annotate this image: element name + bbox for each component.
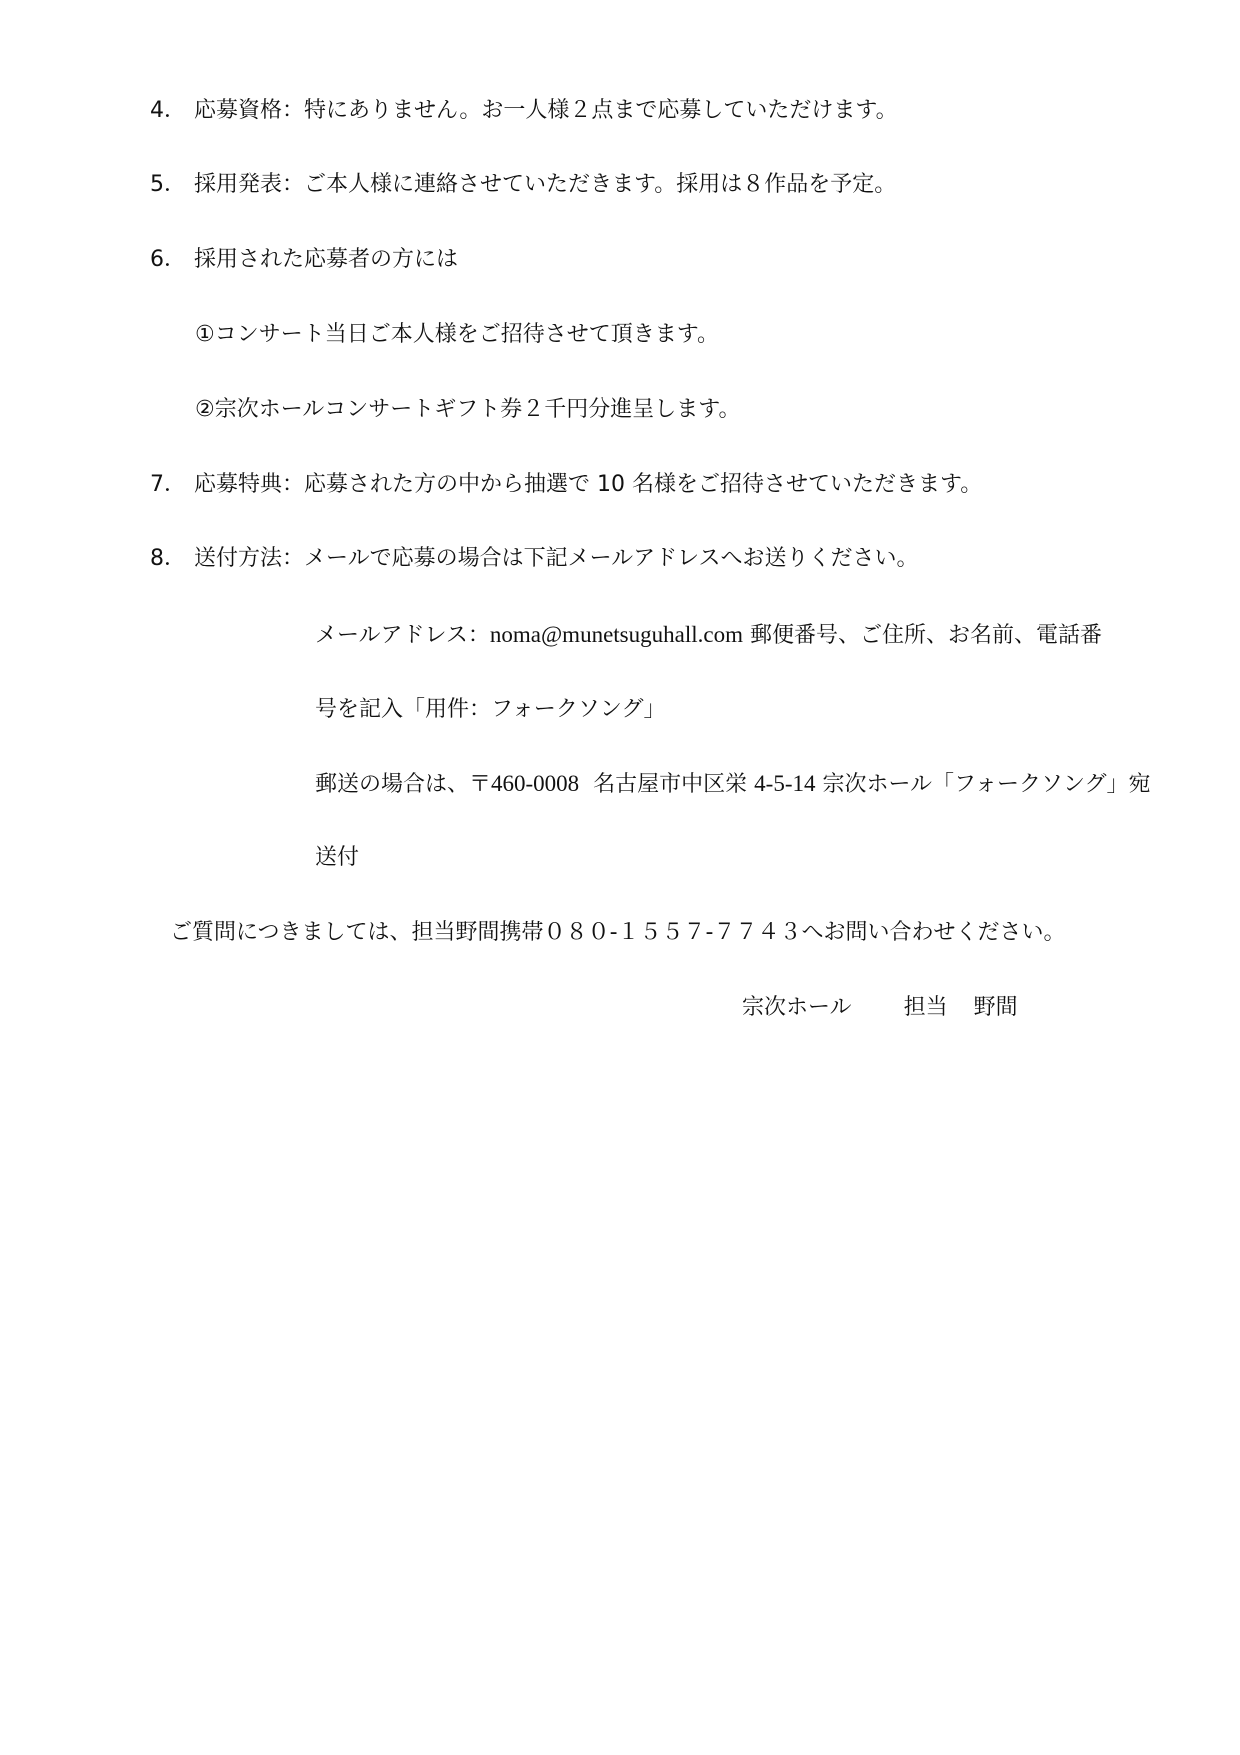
item-text: 特にありません。お一人様２点まで応募していただけます。 [304, 98, 898, 123]
document-page: 4．応募資格：特にありません。お一人様２点まで応募していただけます。 5．採用発… [0, 0, 1240, 1755]
item-6: 6．採用された応募者の方には [150, 245, 458, 275]
contact-suffix: へお問い合わせください。 [801, 920, 1065, 945]
item-text: ご本人様に連絡させていただきます。採用は８作品を予定。 [304, 172, 896, 197]
item-text: メールで応募の場合は下記メールアドレスへお送りください。 [304, 546, 918, 571]
benefit-2: ②宗次ホールコンサートギフト券２千円分進呈します。 [195, 395, 741, 425]
item-number: 6． [150, 245, 194, 275]
item-label: 採用発表： [194, 172, 304, 197]
item-label: 応募資格： [194, 98, 304, 123]
address-city: 名古屋市中区栄 [579, 772, 754, 797]
address-number: 4-5-14 [754, 771, 815, 796]
benefit-1: ①コンサート当日ご本人様をご招待させて頂きます。 [195, 320, 719, 350]
item-text: 採用された応募者の方には [194, 247, 458, 272]
email-instructions: 郵便番号、ご住所、お名前、電話番 [743, 623, 1102, 648]
email-address-link[interactable]: noma@munetsuguhall.com [490, 622, 743, 647]
signature-name: 野間 [974, 995, 1018, 1020]
item-5: 5．採用発表：ご本人様に連絡させていただきます。採用は８作品を予定。 [150, 170, 896, 200]
item-number: 5． [150, 170, 194, 200]
post-recipient: 宗次ホール「フォークソング」宛 [816, 772, 1151, 797]
contact-line: ご質問につきましては、担当野間携帯０８０-１５５７-７７４３へお問い合わせくださ… [170, 918, 1065, 948]
item-label: 送付方法： [194, 546, 304, 571]
post-line: 郵送の場合は、〒460-0008 名古屋市中区栄 4-5-14 宗次ホール「フォ… [315, 769, 1151, 800]
postal-code: 460-0008 [491, 771, 579, 796]
item-label: 応募特典： [194, 472, 304, 497]
item-4: 4．応募資格：特にありません。お一人様２点まで応募していただけます。 [150, 96, 898, 126]
item-number: 4． [150, 96, 194, 126]
email-line: メールアドレス：noma@munetsuguhall.com 郵便番号、ご住所、… [315, 620, 1102, 651]
email-label: メールアドレス： [315, 623, 490, 648]
signature: 宗次ホール担当野間 [742, 993, 1018, 1023]
signature-organization: 宗次ホール [742, 995, 852, 1020]
signature-role: 担当 [904, 995, 948, 1020]
item-number: 7． [150, 470, 194, 500]
post-line-2: 送付 [315, 843, 359, 873]
phone-number: ０８０-１５５７-７７４３ [544, 920, 802, 945]
contact-prefix: ご質問につきましては、担当野間携帯 [170, 920, 544, 945]
post-prefix: 郵送の場合は、〒 [315, 772, 491, 797]
item-8: 8．送付方法：メールで応募の場合は下記メールアドレスへお送りください。 [150, 544, 918, 574]
item-number: 8． [150, 544, 194, 574]
item-text: 応募された方の中から抽選で 10 名様をご招待させていただきます。 [304, 472, 982, 497]
item-7: 7．応募特典：応募された方の中から抽選で 10 名様をご招待させていただきます。 [150, 470, 982, 500]
email-line-2: 号を記入「用件：フォークソング」 [315, 695, 665, 725]
